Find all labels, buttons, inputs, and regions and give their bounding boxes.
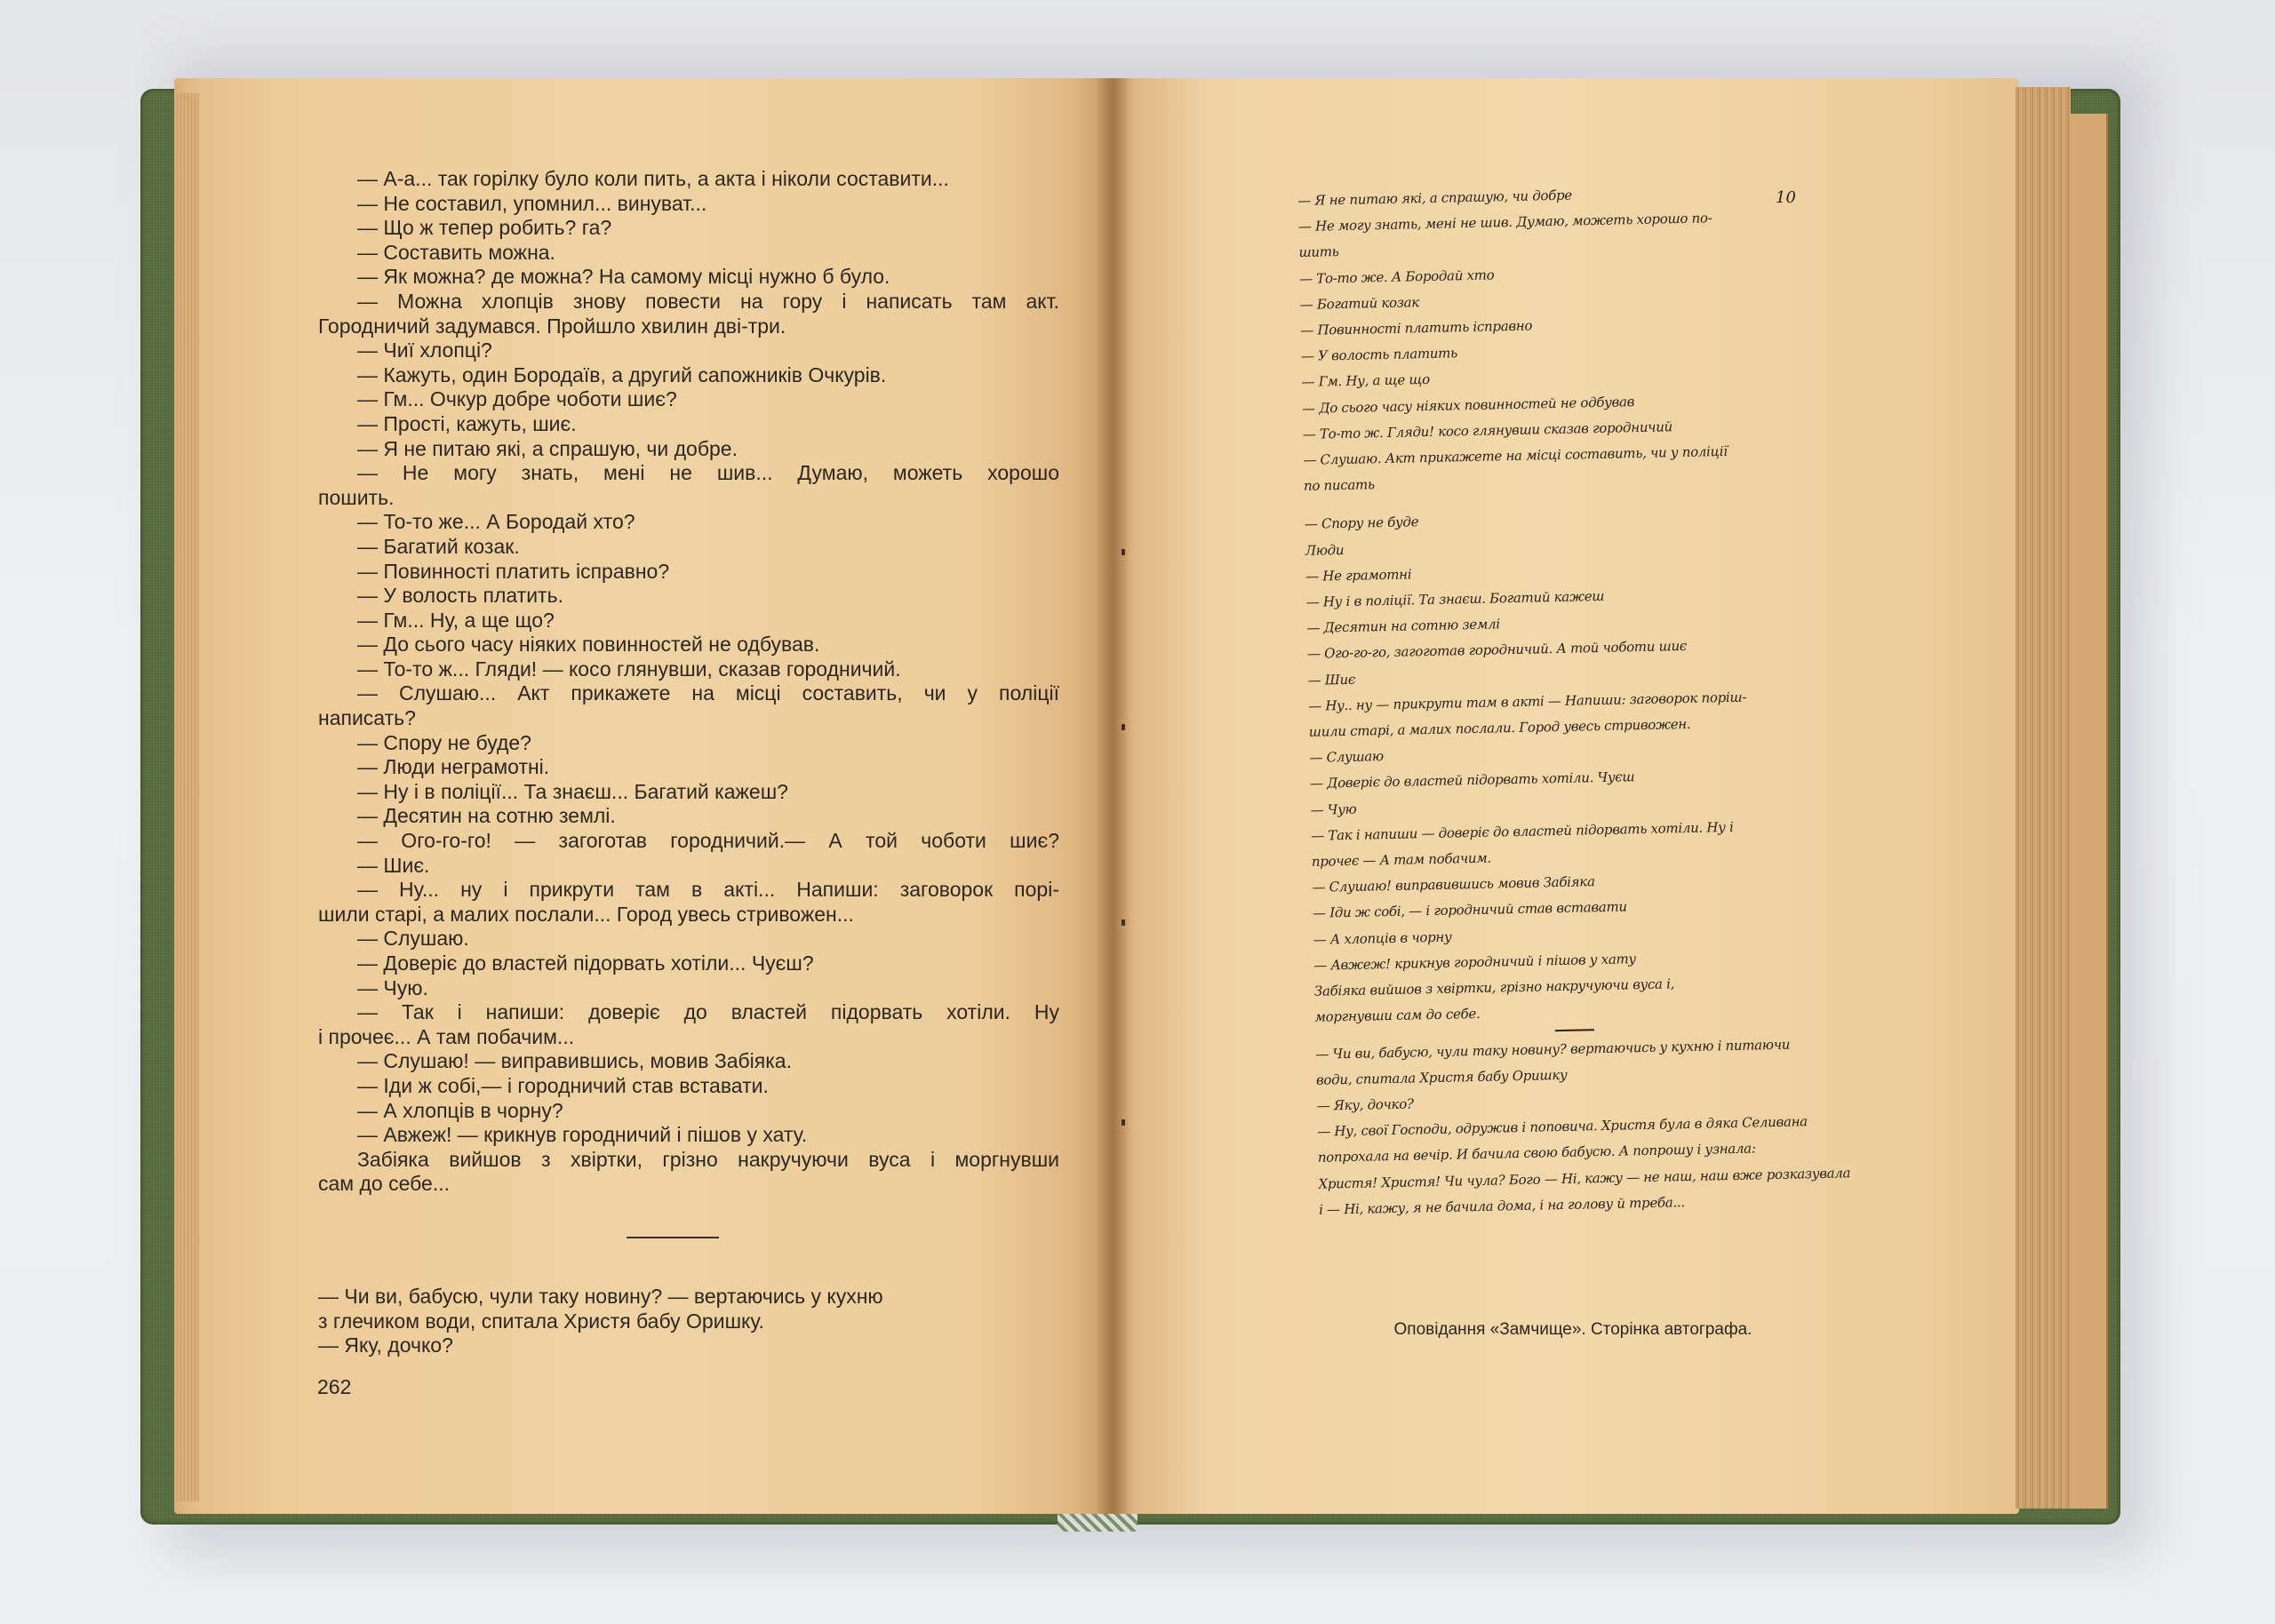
section-divider (627, 1237, 719, 1238)
text-line: — Кажуть, один Бородаїв, а другий сапожн… (318, 363, 1059, 388)
binding-stitch (1122, 549, 1125, 555)
text-line: написать? (318, 706, 1059, 731)
text-line: — Составить можна. (318, 241, 1059, 266)
text-line: — Шиє. (318, 854, 1059, 879)
text-line: — До сього часу ніяких повинностей не од… (318, 633, 1059, 657)
right-page-edges (2016, 87, 2071, 1509)
text-line: — Багатий козак. (318, 535, 1059, 560)
text-line: — Не могу знать, мені не шив... Думаю, м… (318, 461, 1059, 486)
binding-stitch (1122, 919, 1125, 926)
text-line: — Прості, кажуть, шиє. (318, 412, 1059, 437)
text-line: — Слушаю. (318, 927, 1059, 951)
text-line: — Гм... Очкур добре чоботи шиє? (318, 387, 1059, 412)
left-page-edges (174, 93, 199, 1501)
binding-stitch (1122, 1119, 1125, 1126)
text-line: — А-а... так горілку було коли пить, а а… (318, 167, 1059, 192)
binding-stitch (1122, 724, 1125, 730)
left-page-text: — А-а... так горілку було коли пить, а а… (318, 167, 1059, 1197)
text-line: шили старі, а малих послали... Город уве… (318, 903, 1059, 927)
text-line: — Так і напиши: доверіє до властей підор… (318, 1000, 1059, 1025)
page-number: 262 (317, 1375, 351, 1399)
text-line: — Чиї хлопці? (318, 338, 1059, 363)
text-line: — То-то ж... Гляди! — косо глянувши, ска… (318, 657, 1059, 682)
text-line: — Ну і в поліції... Та знаєш... Багатий … (318, 780, 1059, 805)
left-page-section-two: — Чи ви, бабусю, чули таку новину? — вер… (318, 1285, 1059, 1358)
text-line: — Доверіє до властей підорвать хотіли...… (318, 951, 1059, 976)
text-line: сам до себе... (318, 1172, 1059, 1197)
manuscript-divider (1555, 1029, 1594, 1031)
text-line: — Чую. (318, 976, 1059, 1001)
text-line: — Іди ж собі,— і городничий став встават… (318, 1074, 1059, 1099)
text-line: — Люди неграмотні. (318, 755, 1059, 780)
text-line: — Ого-го-го! — загоготав городничий.— А … (318, 829, 1059, 854)
text-line: — Ну... ну і прикрути там в акті... Напи… (318, 878, 1059, 903)
text-line: — Гм... Ну, а ще що? (318, 609, 1059, 633)
text-line: і прочеє... А там побачим... (318, 1025, 1059, 1050)
gutter-shadow (1095, 78, 1130, 1514)
text-line: — Повинності платить ісправно? (318, 560, 1059, 585)
text-line: — Як можна? де можна? На самому місці ну… (318, 265, 1059, 290)
text-line: — У волость платить. (318, 584, 1059, 609)
text-line: — То-то же... А Бородай хто? (318, 510, 1059, 535)
figure-caption: Оповідання «Замчище». Сторінка автографа… (1351, 1320, 1795, 1340)
text-line: — Яку, дочко? (318, 1333, 1059, 1358)
text-line: — Що ж тепер робить? га? (318, 216, 1059, 241)
text-line: — Можна хлопців знову повести на гору і … (318, 290, 1059, 314)
text-line: Забіяка вийшов з хвіртки, грізно накручу… (318, 1148, 1059, 1173)
text-line: — Спору не буде? (318, 731, 1059, 756)
text-line: з глечиком води, спитала Христя бабу Ори… (318, 1310, 1059, 1334)
text-line: — Чи ви, бабусю, чули таку новину? — вер… (318, 1285, 1059, 1310)
text-line: пошить. (318, 486, 1059, 511)
manuscript-autograph: — Я не питаю які, а спрашую, чи добре— Н… (1297, 177, 1852, 1222)
text-line: — А хлопців в чорну? (318, 1099, 1059, 1124)
text-line: — Не составил, упомнил... винуват... (318, 192, 1059, 217)
text-line: — Десятин на сотню землі. (318, 804, 1059, 829)
text-line: — Слушаю... Акт прикажете на місці соста… (318, 681, 1059, 706)
endpaper (2071, 114, 2108, 1509)
text-line: — Я не питаю які, а спрашую, чи добре. (318, 437, 1059, 462)
text-line: — Слушаю! — виправившись, мовив Забіяка. (318, 1049, 1059, 1074)
text-line: Городничий задумався. Пройшло хвилин дві… (318, 314, 1059, 339)
text-line: — Авжеж! — крикнув городничий і пішов у … (318, 1123, 1059, 1148)
